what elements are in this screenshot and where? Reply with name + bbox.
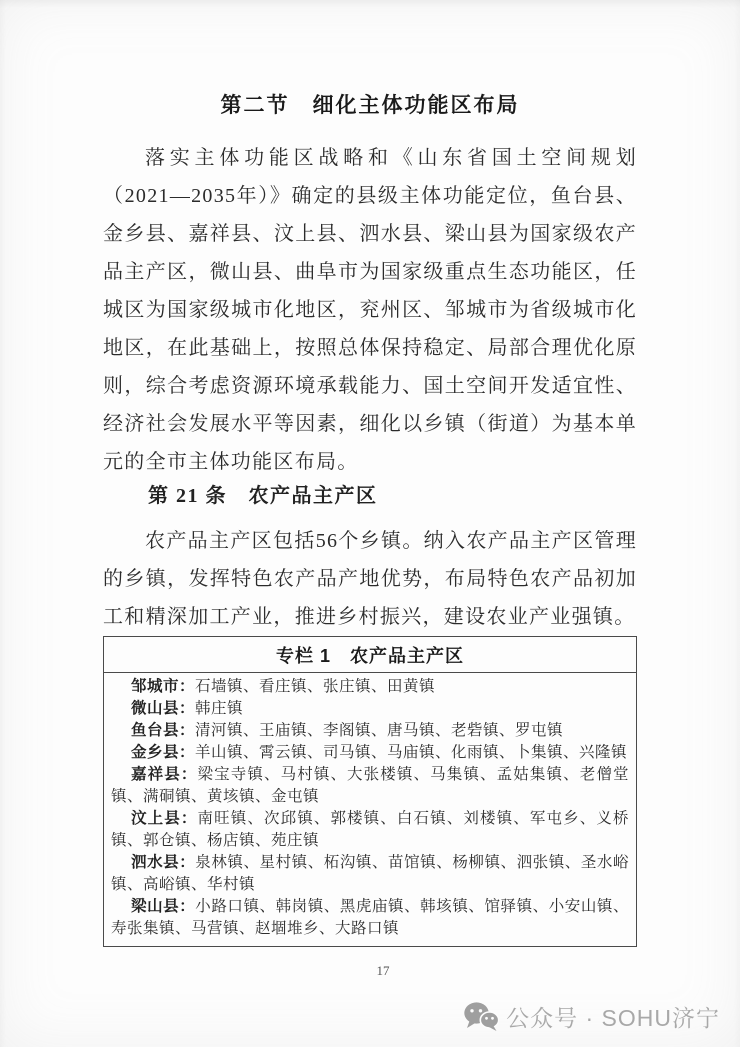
page-number: 17 <box>13 963 740 979</box>
county-label: 梁山县： <box>131 898 195 915</box>
feature-box-agricultural-zones: 专栏 1 农产品主产区 邹城市：石墙镇、看庄镇、张庄镇、田黄镇 微山县：韩庄镇 … <box>103 636 637 947</box>
county-entry: 微山县：韩庄镇 <box>111 698 629 720</box>
county-label: 邹城市： <box>131 678 195 695</box>
county-label: 微山县： <box>131 700 195 717</box>
county-entry: 嘉祥县：梁宝寺镇、马村镇、大张楼镇、马集镇、孟姑集镇、老僧堂镇、满硐镇、黄垓镇、… <box>111 764 629 808</box>
paragraph-article-21: 农产品主产区包括56个乡镇。纳入农产品主产区管理的乡镇，发挥特色农产品产地优势，… <box>103 522 637 636</box>
county-label: 金乡县： <box>131 744 195 761</box>
document-page: 第二节 细化主体功能区布局 落实主体功能区战略和《山东省国土空间规划（2021—… <box>0 0 740 1047</box>
county-entry: 鱼台县：清河镇、王庙镇、李阁镇、唐马镇、老砦镇、罗屯镇 <box>111 720 629 742</box>
watermark: 公众号 · SOHU济宁 <box>463 1000 720 1033</box>
section-title: 第二节 细化主体功能区布局 <box>0 92 740 120</box>
paragraph-overview: 落实主体功能区战略和《山东省国土空间规划（2021—2035年）》确定的县级主体… <box>103 139 637 481</box>
watermark-text: 公众号 · SOHU济宁 <box>506 1000 720 1033</box>
county-entry: 梁山县：小路口镇、韩岗镇、黑虎庙镇、韩垓镇、馆驿镇、小安山镇、寿张集镇、马营镇、… <box>111 896 629 940</box>
wechat-icon <box>463 1001 499 1032</box>
county-entry: 邹城市：石墙镇、看庄镇、张庄镇、田黄镇 <box>111 676 629 698</box>
feature-box-body: 邹城市：石墙镇、看庄镇、张庄镇、田黄镇 微山县：韩庄镇 鱼台县：清河镇、王庙镇、… <box>104 673 636 946</box>
county-label: 泗水县： <box>131 854 195 871</box>
towns-list: 羊山镇、霄云镇、司马镇、马庙镇、化雨镇、卜集镇、兴隆镇 <box>195 744 627 761</box>
county-entry: 汶上县：南旺镇、次邱镇、郭楼镇、白石镇、刘楼镇、军屯乡、义桥镇、郭仓镇、杨店镇、… <box>111 808 629 852</box>
feature-box-title: 专栏 1 农产品主产区 <box>104 637 636 673</box>
towns-list: 清河镇、王庙镇、李阁镇、唐马镇、老砦镇、罗屯镇 <box>195 722 563 739</box>
county-label: 汶上县： <box>131 810 197 827</box>
towns-list: 韩庄镇 <box>195 700 243 717</box>
county-entry: 金乡县：羊山镇、霄云镇、司马镇、马庙镇、化雨镇、卜集镇、兴隆镇 <box>111 742 629 764</box>
county-entry: 泗水县：泉林镇、星村镇、柘沟镇、苗馆镇、杨柳镇、泗张镇、圣水峪镇、高峪镇、华村镇 <box>111 852 629 896</box>
article-heading: 第 21 条 农产品主产区 <box>148 481 378 511</box>
towns-list: 石墙镇、看庄镇、张庄镇、田黄镇 <box>195 678 435 695</box>
county-label: 鱼台县： <box>131 722 195 739</box>
county-label: 嘉祥县： <box>131 766 197 783</box>
